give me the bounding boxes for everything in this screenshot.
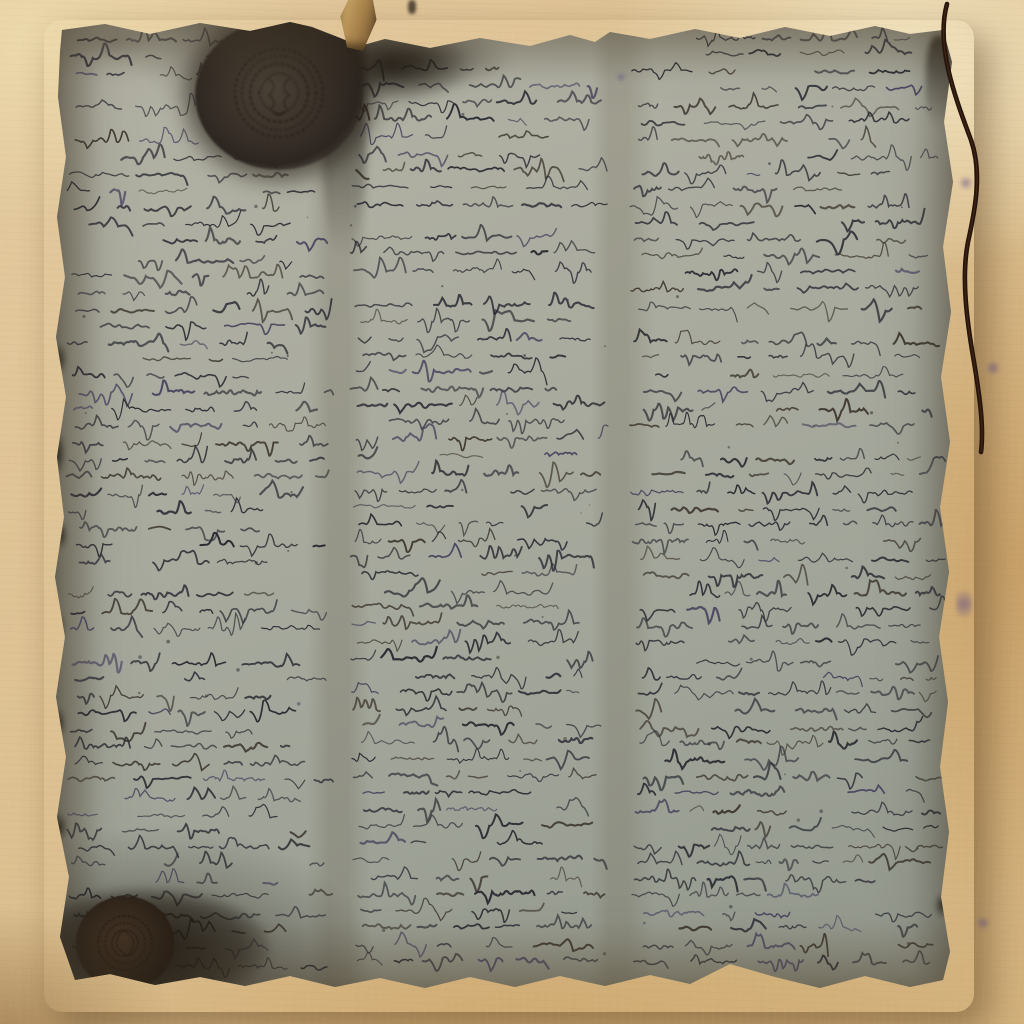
violet-speck [976, 916, 990, 930]
burn-mark [46, 342, 68, 376]
right-page-handwriting [630, 27, 947, 971]
right-edge-stain [926, 36, 952, 128]
burn-mark [934, 892, 952, 918]
burn-mark [46, 608, 66, 648]
wax-seal [195, 20, 363, 170]
top-edge-stain [312, 24, 512, 94]
wax-seal-crest-icon [227, 41, 331, 145]
center-page-handwriting [350, 60, 608, 971]
parchment-background: { "scene": { "kind": "aged-handwritten-m… [0, 0, 1024, 1024]
burn-mark [50, 706, 66, 740]
top-edge-drip [408, 0, 416, 14]
sheet-vignette [50, 12, 966, 998]
burn-mark [48, 430, 66, 476]
left-page-handwriting [67, 26, 334, 980]
seal-smoke-stain [312, 26, 472, 104]
violet-speck [986, 360, 1000, 376]
violet-speck [958, 176, 974, 190]
manuscript-sheet [50, 12, 966, 998]
burn-mark [48, 812, 68, 842]
handwriting-columns [50, 12, 966, 998]
bottom-left-ink-smudge [20, 888, 270, 1006]
burn-mark [52, 520, 68, 550]
violet-speck [956, 584, 972, 624]
ink-stamp-crest-icon [86, 904, 164, 982]
ink-stamp [76, 896, 174, 990]
top-left-corner-smudge [68, 20, 158, 62]
